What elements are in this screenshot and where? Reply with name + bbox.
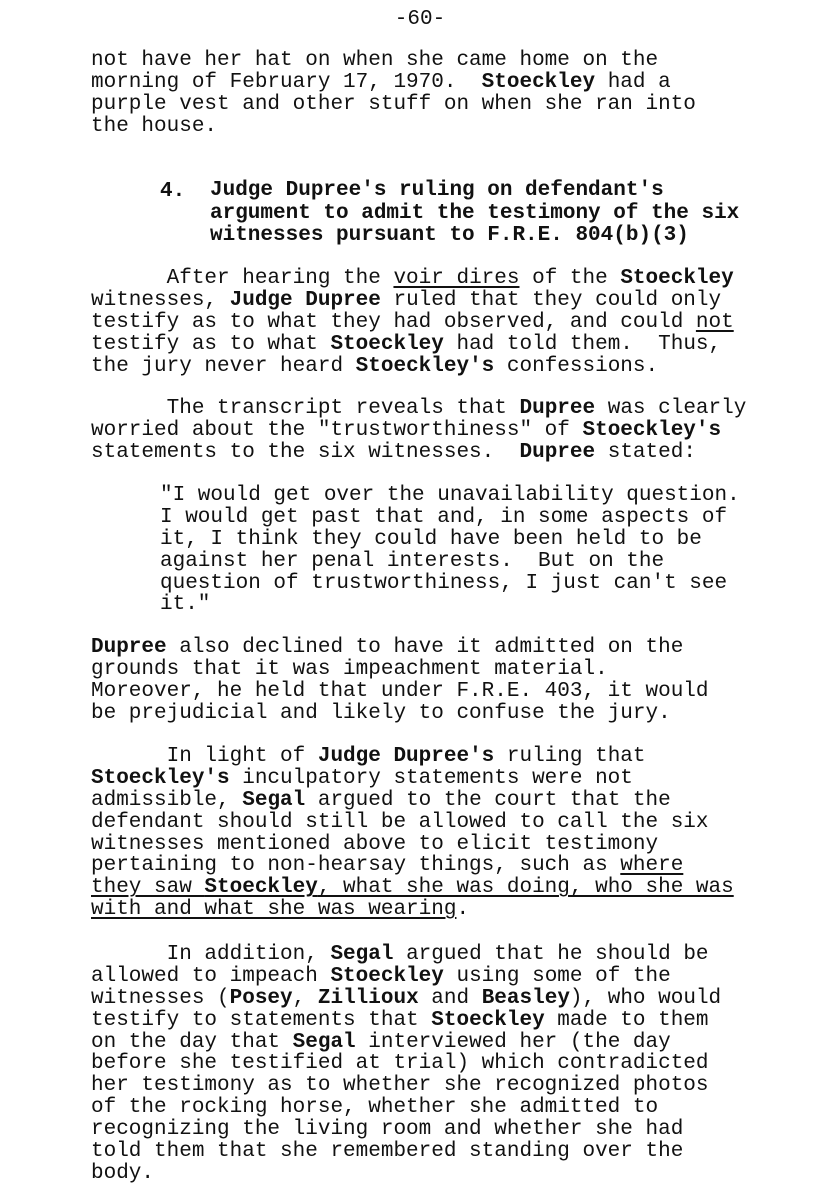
text-line: argument to admit the testimony of the s… [210,203,739,226]
text-run: inculpatory statements were not [230,767,633,790]
bold-text: Segal [293,1031,356,1054]
underlined-text: with and what she was wearing [91,898,456,921]
text-line: witnesses (Posey, Zillioux and Beasley),… [91,988,721,1010]
text-line: testify to statements that Stoeckley mad… [91,1010,721,1032]
underlined-text: voir dires [393,267,519,290]
text-line: statements to the six witnesses. Dupree … [91,442,746,464]
text-line: it." [160,594,740,616]
section-number: 4. [160,180,185,203]
block-quote-dupree: "I would get over the unavailability que… [160,485,740,616]
text-run: , [293,987,318,1010]
text-line: testify as to what Stoeckley had told th… [91,334,734,356]
bold-text: Judge Dupree [230,289,381,312]
text-run: recognizing the living room and whether … [91,1118,683,1141]
bold-text: Dupree [519,441,595,464]
text-run: stated: [595,441,696,464]
text-run: was clearly [595,397,746,420]
text-line: body. [91,1163,721,1185]
text-line: question of trustworthiness, I just can'… [160,573,740,595]
text-line: The transcript reveals that Dupree was c… [91,398,746,420]
bold-text: Judge Dupree's [318,745,494,768]
text-run: against her penal interests. But on the [160,550,664,573]
paragraph-impeachment: Dupree also declined to have it admitted… [91,637,709,725]
text-run: purple vest and other stuff on when she … [91,93,696,116]
text-line: worried about the "trustworthiness" of S… [91,420,746,442]
text-run: argument to admit the testimony of the s… [210,202,739,225]
text-line: be prejudicial and likely to confuse the… [91,703,709,725]
paragraph-transcript: The transcript reveals that Dupree was c… [91,398,746,464]
text-run: testify to statements that [91,1009,431,1032]
page-number: -60- [0,8,840,31]
underlined-text: , what she was doing, who she was [318,876,734,899]
text-line: with and what she was wearing. [91,899,734,921]
text-run: ruling that [494,745,645,768]
bold-text: Stoeckley [482,71,595,94]
text-run: morning of February 17, 1970. [91,71,482,94]
text-run: on the day that [91,1031,293,1054]
text-line: of the rocking horse, whether she admitt… [91,1097,721,1119]
text-line: not have her hat on when she came home o… [91,50,696,72]
bold-text: Zillioux [318,987,419,1010]
text-line: In addition, Segal argued that he should… [91,944,721,966]
section-heading-text: Judge Dupree's ruling on defendant'sargu… [210,180,739,248]
text-run: After hearing the [91,267,393,290]
text-line: Moreover, he held that under F.R.E. 403,… [91,681,709,703]
text-run: witnesses, [91,289,230,312]
bold-text: Stoeckley [620,267,733,290]
text-line: before she testified at trial) which con… [91,1053,721,1075]
bold-text: Posey [230,987,293,1010]
text-line: they saw Stoeckley, what she was doing, … [91,877,734,899]
text-line: against her penal interests. But on the [160,551,740,573]
text-run: argued to the court that the [305,789,670,812]
text-run: interviewed her (the day [356,1031,671,1054]
text-line: witnesses, Judge Dupree ruled that they … [91,290,734,312]
text-run: made to them [545,1009,709,1032]
text-line: witnesses mentioned above to elicit test… [91,834,734,856]
bold-text: Stoeckley [431,1009,544,1032]
text-run: In light of [91,745,318,768]
text-line: testify as to what they had observed, an… [91,312,734,334]
bold-text: Stoeckley [204,876,317,899]
underlined-text: they saw [91,876,204,899]
document-page: -60- not have her hat on when she came h… [0,0,840,1199]
text-run: pertaining to non-hearsay things, such a… [91,854,620,877]
paragraph-continuation: not have her hat on when she came home o… [91,50,696,138]
text-run: ruled that they could only [381,289,721,312]
text-line: purple vest and other stuff on when she … [91,94,696,116]
text-run: defendant should still be allowed to cal… [91,811,709,834]
text-run: Moreover, he held that under F.R.E. 403,… [91,680,709,703]
text-line: In light of Judge Dupree's ruling that [91,746,734,768]
bold-text: Stoeckley's [91,767,230,790]
text-run: it." [160,593,210,616]
text-line: defendant should still be allowed to cal… [91,812,734,834]
text-line: Judge Dupree's ruling on defendant's [210,180,739,203]
text-run: "I would get over the unavailability que… [160,484,740,507]
text-line: the jury never heard Stoeckley's confess… [91,356,734,378]
text-line: Dupree also declined to have it admitted… [91,637,709,659]
text-run: In addition, [91,943,330,966]
text-run: statements to the six witnesses. [91,441,519,464]
text-line: it, I think they could have been held to… [160,529,740,551]
text-run: be prejudicial and likely to confuse the… [91,702,671,725]
text-run: witnesses ( [91,987,230,1010]
text-line: her testimony as to whether she recogniz… [91,1075,721,1097]
text-line: I would get past that and, in some aspec… [160,507,740,529]
bold-text: Stoeckley's [356,355,495,378]
bold-text: Segal [330,943,393,966]
bold-text: Dupree [91,636,167,659]
text-run: The transcript reveals that [91,397,519,420]
text-run: allowed to impeach [91,965,330,988]
text-run: had a [595,71,671,94]
text-run: argued that he should be [393,943,708,966]
text-run: before she testified at trial) which con… [91,1052,709,1075]
text-run: it, I think they could have been held to… [160,528,702,551]
text-run: told them that she remembered standing o… [91,1140,683,1163]
text-run: also declined to have it admitted on the [167,636,684,659]
bold-text: Segal [242,789,305,812]
text-line: witnesses pursuant to F.R.E. 804(b)(3) [210,225,739,248]
text-run: testify as to what they had observed, an… [91,311,696,334]
text-run: I would get past that and, in some aspec… [160,506,727,529]
text-line: Stoeckley's inculpatory statements were … [91,768,734,790]
text-line: told them that she remembered standing o… [91,1141,721,1163]
underlined-text: where [620,854,683,877]
text-run: question of trustworthiness, I just can'… [160,572,727,595]
text-run: ), who would [570,987,721,1010]
paragraph-in-light: In light of Judge Dupree's ruling thatSt… [91,746,734,921]
text-run: grounds that it was impeachment material… [91,658,608,681]
text-line: morning of February 17, 1970. Stoeckley … [91,72,696,94]
text-run: using some of the [444,965,671,988]
text-run: admissible, [91,789,242,812]
bold-text: Beasley [482,987,570,1010]
text-line: the house. [91,116,696,138]
text-line: on the day that Segal interviewed her (t… [91,1032,721,1054]
text-line: allowed to impeach Stoeckley using some … [91,966,721,988]
bold-text: Stoeckley [330,965,443,988]
text-line: grounds that it was impeachment material… [91,659,709,681]
bold-text: Dupree [519,397,595,420]
text-run: had told them. Thus, [444,333,721,356]
text-run: worried about the "trustworthiness" of [91,419,582,442]
text-run: confessions. [494,355,658,378]
bold-text: Stoeckley's [582,419,721,442]
text-run: witnesses pursuant to F.R.E. 804(b)(3) [210,224,689,247]
text-line: admissible, Segal argued to the court th… [91,790,734,812]
text-line: "I would get over the unavailability que… [160,485,740,507]
text-run: and [419,987,482,1010]
text-run: testify as to what [91,333,330,356]
paragraph-voir-dires: After hearing the voir dires of the Stoe… [91,268,734,377]
text-run: of the rocking horse, whether she admitt… [91,1096,658,1119]
text-line: After hearing the voir dires of the Stoe… [91,268,734,290]
text-run: Judge Dupree's ruling on defendant's [210,179,664,202]
text-run: . [456,898,469,921]
text-line: recognizing the living room and whether … [91,1119,721,1141]
text-run: the house. [91,115,217,138]
bold-text: Stoeckley [330,333,443,356]
text-run: the jury never heard [91,355,356,378]
text-run: body. [91,1162,154,1185]
paragraph-in-addition: In addition, Segal argued that he should… [91,944,721,1185]
underlined-text: not [696,311,734,334]
text-run: witnesses mentioned above to elicit test… [91,833,658,856]
text-run: of the [519,267,620,290]
text-run: not have her hat on when she came home o… [91,49,658,72]
text-line: pertaining to non-hearsay things, such a… [91,855,734,877]
text-run: her testimony as to whether she recogniz… [91,1074,709,1097]
